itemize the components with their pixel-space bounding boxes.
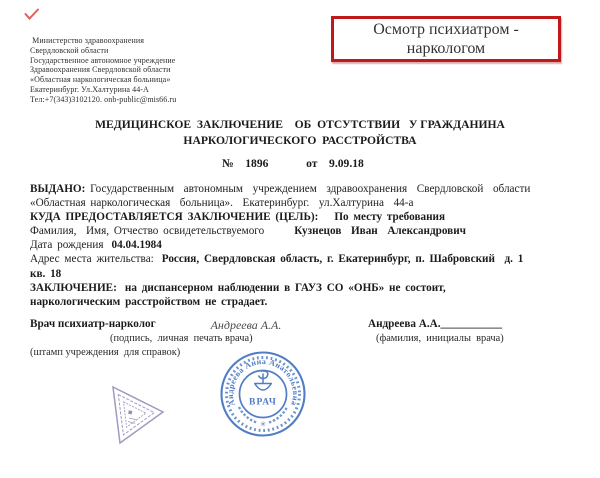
address-line-2: кв. 18 <box>30 267 578 281</box>
address-line: Адрес места жительства:Россия, Свердловс… <box>30 252 578 266</box>
letterhead-line: Государственное автономное учреждение <box>30 56 176 66</box>
triangle-stamp <box>105 381 170 449</box>
conclusion-text: на диспансерном наблюдении в ГАУЗ СО «ОН… <box>125 282 446 294</box>
letterhead-line: Министерство здравоохранения <box>30 36 176 46</box>
issued-line: ВЫДАНО: Государственным автономным учреж… <box>30 182 578 196</box>
document-number: № 1896 от 9.09.18 <box>222 157 364 170</box>
fio-line: Фамилия, Имя, Отчество освидетельствуемо… <box>30 224 578 238</box>
letterhead-line: «Областная наркологическая больница» <box>30 75 176 85</box>
annotation-line: Осмотр психиатром - <box>373 20 519 39</box>
issued-text-2: «Областная наркологическая больница». Ек… <box>30 197 413 209</box>
signature-caption: (подпись, личная печать врача) <box>110 333 253 344</box>
doctor-role-label: Врач психиатр-нарколог <box>30 318 156 330</box>
stamp-bottom-mark: ✳ <box>260 421 266 429</box>
snake-head-dot <box>261 370 263 372</box>
annotation-line: наркологом <box>407 39 485 58</box>
document-body: ВЫДАНО: Государственным автономным учреж… <box>30 182 578 309</box>
stamp-caption: (штамп учреждения для справок) <box>30 347 180 358</box>
triangle-stamp-center-mark <box>128 410 132 414</box>
conclusion-label: ЗАКЛЮЧЕНИЕ: <box>30 282 117 294</box>
letterhead-line: Тел:+7(343)3102120. onb-public@mis66.ru <box>30 95 176 105</box>
doctor-name: Андреева А.А.___________ <box>368 318 502 330</box>
conclusion-line: ЗАКЛЮЧЕНИЕ:на диспансерном наблюдении в … <box>30 281 578 295</box>
purpose-label: КУДА ПРЕДОСТАВЛЯЕТСЯ ЗАКЛЮЧЕНИЕ (ЦЕЛЬ): <box>30 211 318 223</box>
birthdate-label: Дата рождения <box>30 239 104 251</box>
doctor-signature: Андреева А.А. <box>196 318 296 333</box>
name-caption: (фамилия, инициалы врача) <box>376 333 504 344</box>
fio-label: Фамилия, Имя, Отчество освидетельствуемо… <box>30 225 264 237</box>
issued-text: Государственным автономным учреждением з… <box>85 183 530 195</box>
exam-annotation-box: Осмотр психиатром - наркологом <box>331 16 561 62</box>
letterhead-line: Свердловской области <box>30 46 176 56</box>
conclusion-line-2: наркологическим расстройством не страдае… <box>30 295 578 309</box>
issued-label: ВЫДАНО: <box>30 183 85 195</box>
red-check-icon <box>24 8 40 21</box>
conclusion-text-2: наркологическим расстройством не страдае… <box>30 296 267 308</box>
title-line: НАРКОЛОГИЧЕСКОГО РАССТРОЙСТВА <box>0 133 600 149</box>
bowl-of-hygieia-icon <box>254 371 272 390</box>
purpose-value: По месту требования <box>334 211 445 223</box>
address-value: Россия, Свердловская область, г. Екатери… <box>162 253 524 265</box>
fio-value: Кузнецов Иван Александрович <box>294 225 466 237</box>
title-line: МЕДИЦИНСКОЕ ЗАКЛЮЧЕНИЕ ОБ ОТСУТСТВИИ У Г… <box>0 117 600 133</box>
stamp-center-text: ВРАЧ <box>249 398 277 408</box>
birthdate-line: Дата рождения04.04.1984 <box>30 238 578 252</box>
document-title: МЕДИЦИНСКОЕ ЗАКЛЮЧЕНИЕ ОБ ОТСУТСТВИИ У Г… <box>0 117 600 148</box>
purpose-line: КУДА ПРЕДОСТАВЛЯЕТСЯ ЗАКЛЮЧЕНИЕ (ЦЕЛЬ):П… <box>30 210 578 224</box>
address-value-2: кв. 18 <box>30 268 61 280</box>
birthdate-value: 04.04.1984 <box>112 239 162 251</box>
letterhead-line: Здравоохранения Свердловской области <box>30 65 176 75</box>
issued-line-2: «Областная наркологическая больница». Ек… <box>30 196 578 210</box>
letterhead: Министерство здравоохранения Свердловско… <box>30 36 176 105</box>
letterhead-line: Екатеринбург. Ул.Халтурина 44-А <box>30 85 176 95</box>
doctor-round-stamp: Андреева Анна Анатольевна ВРАЧ ✳ <box>216 350 310 440</box>
document-page: Министерство здравоохранения Свердловско… <box>0 0 600 478</box>
address-label: Адрес места жительства: <box>30 253 154 265</box>
